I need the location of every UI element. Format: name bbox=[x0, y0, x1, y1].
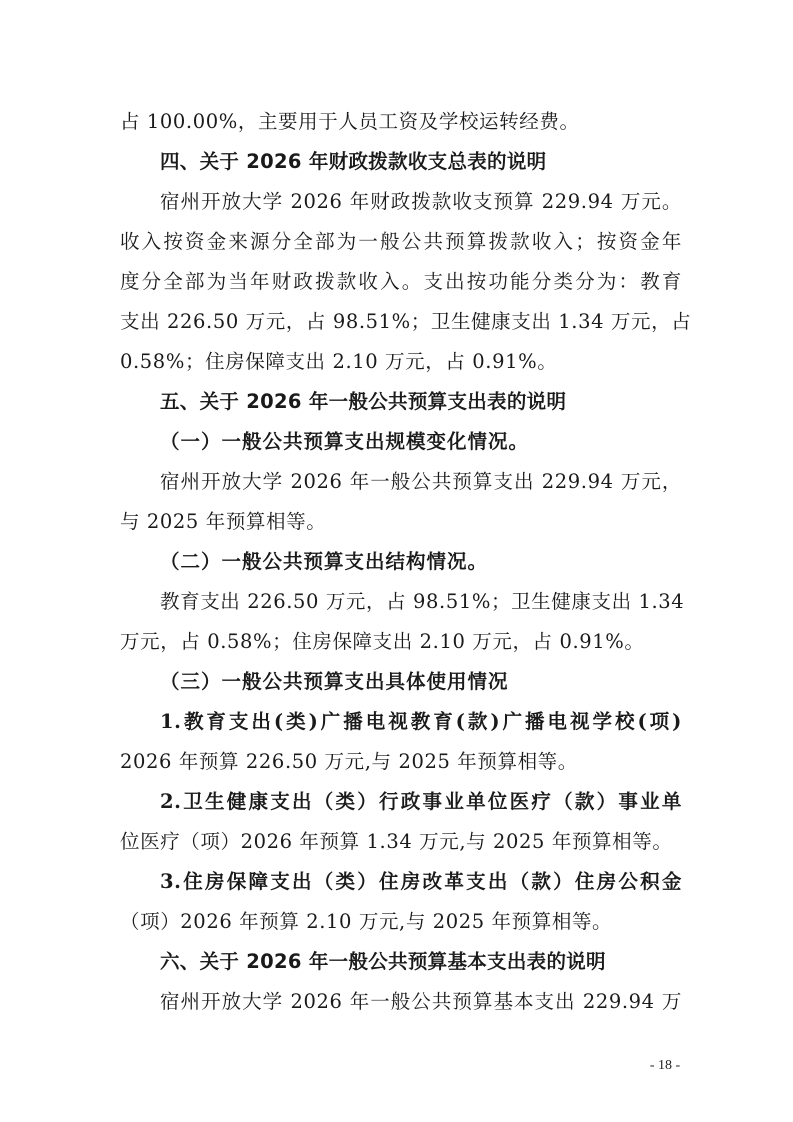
section-heading: 五、关于 2026 年一般公共预算支出表的说明 bbox=[160, 382, 682, 422]
body-text-line: 宿州开放大学 2026 年一般公共预算支出 229.94 万元， bbox=[160, 462, 682, 502]
subsection-heading: （一）一般公共预算支出规模变化情况。 bbox=[160, 422, 682, 462]
body-text-line: 度分全部为当年财政拨款收入。支出按功能分类分为：教育 bbox=[120, 262, 682, 302]
subsection-heading: （二）一般公共预算支出结构情况。 bbox=[160, 542, 682, 582]
body-text-line: 支出 226.50 万元，占 98.51%；卫生健康支出 1.34 万元，占 bbox=[120, 302, 682, 342]
body-text-line: 收入按资金来源分全部为一般公共预算拨款收入；按资金年 bbox=[120, 222, 682, 262]
body-text-line: 教育支出 226.50 万元，占 98.51%；卫生健康支出 1.34 bbox=[160, 582, 682, 622]
page-number: - 18 - bbox=[640, 1058, 690, 1074]
item-heading: 1.教育支出(类)广播电视教育(款)广播电视学校(项) bbox=[160, 702, 682, 742]
body-text-line: 位医疗（项）2026 年预算 1.34 万元,与 2025 年预算相等。 bbox=[120, 822, 682, 862]
section-heading: 四、关于 2026 年财政拨款收支总表的说明 bbox=[160, 142, 682, 182]
section-heading: 六、关于 2026 年一般公共预算基本支出表的说明 bbox=[160, 942, 682, 982]
body-text-line: 宿州开放大学 2026 年一般公共预算基本支出 229.94 万 bbox=[160, 982, 682, 1022]
item-heading: 3.住房保障支出（类）住房改革支出（款）住房公积金 bbox=[160, 862, 682, 902]
body-text-line: （项）2026 年预算 2.10 万元,与 2025 年预算相等。 bbox=[120, 902, 682, 942]
body-text-line: 2026 年预算 226.50 万元,与 2025 年预算相等。 bbox=[120, 742, 682, 782]
body-text-line: 宿州开放大学 2026 年财政拨款收支预算 229.94 万元。 bbox=[160, 182, 682, 222]
body-text-line: 0.58%；住房保障支出 2.10 万元，占 0.91%。 bbox=[120, 342, 682, 382]
item-heading: 2.卫生健康支出（类）行政事业单位医疗（款）事业单 bbox=[160, 782, 682, 822]
subsection-heading: （三）一般公共预算支出具体使用情况 bbox=[160, 662, 682, 702]
document-page: 占 100.00%，主要用于人员工资及学校运转经费。四、关于 2026 年财政拨… bbox=[0, 0, 793, 1122]
body-text-line: 万元，占 0.58%；住房保障支出 2.10 万元，占 0.91%。 bbox=[120, 622, 682, 662]
body-text-line: 占 100.00%，主要用于人员工资及学校运转经费。 bbox=[120, 102, 682, 142]
body-text-line: 与 2025 年预算相等。 bbox=[120, 502, 682, 542]
